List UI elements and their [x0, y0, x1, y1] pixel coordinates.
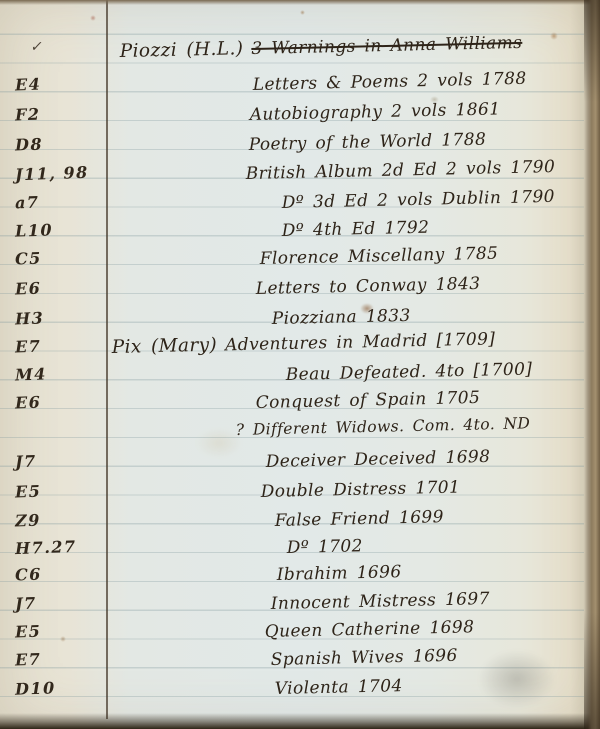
entry-title: Conquest of Spain 1705: [256, 388, 481, 413]
entry-title: Dº 1702: [287, 536, 364, 558]
shelfmark: C6: [15, 565, 43, 585]
entry-text: Letters to Conway 1843: [256, 274, 481, 299]
shelfmark: D10: [15, 678, 56, 698]
entry-text: Autobiography 2 vols 1861: [250, 99, 501, 125]
entry-title: Spanish Wives 1696: [271, 646, 458, 670]
shelfmark: E7: [15, 337, 42, 357]
entry-title: Innocent Mistress 1697: [271, 589, 491, 614]
ledger-row: D10 Violenta 1704: [0, 679, 600, 709]
entry-title: Florence Miscellany 1785: [260, 244, 499, 269]
ledger-row: a7 Dº 3d Ed 2 vols Dublin 1790: [0, 193, 600, 223]
shelfmark: E5: [15, 622, 42, 642]
entry-title: Deceiver Deceived 1698: [266, 447, 491, 472]
entry-title: Letters & Poems 2 vols 1788: [253, 69, 527, 95]
page-edge-right: [584, 0, 600, 729]
shelfmark: J7: [15, 594, 37, 614]
ledger-row: L10 Dº 4th Ed 1792: [0, 221, 600, 251]
entry-text: Queen Catherine 1698: [265, 617, 475, 642]
entry-text: Conquest of Spain 1705: [256, 388, 481, 413]
shelfmark: J7: [15, 452, 37, 472]
entry-title: Queen Catherine 1698: [265, 617, 475, 642]
entry-title: Autobiography 2 vols 1861: [250, 99, 501, 125]
shelfmark: E6: [15, 279, 42, 299]
foxing-speck: [300, 10, 305, 15]
ledger-row: J7 Deceiver Deceived 1698: [0, 452, 600, 482]
page-edge-bottom: [0, 713, 600, 729]
entry-text: Piozziana 1833: [272, 306, 411, 329]
entry-title: Ibrahim 1696: [277, 562, 402, 585]
entry-title: Piozziana 1833: [272, 306, 411, 329]
entry-text: False Friend 1699: [275, 507, 445, 531]
shelfmark: M4: [15, 364, 47, 384]
entry-title: Poetry of the World 1788: [249, 130, 487, 155]
shelfmark: E6: [15, 393, 42, 413]
entry-author: Pix (Mary): [112, 335, 218, 358]
entry-text: Double Distress 1701: [261, 477, 461, 502]
foxing-speck: [90, 15, 96, 21]
page-edge-top: [0, 0, 600, 5]
shelfmark: Z9: [15, 511, 41, 531]
entry-text: Violenta 1704: [275, 676, 403, 699]
shelfmark: C5: [15, 249, 43, 269]
entry-title: Adventures in Madrid [1709]: [225, 329, 496, 355]
shelfmark: E4: [15, 75, 42, 95]
shelfmark: a7: [15, 193, 40, 213]
ledger-row: Z9 False Friend 1699: [0, 511, 600, 541]
ledger-row: E4 Letters & Poems 2 vols 1788: [0, 75, 600, 105]
shelfmark: F2: [15, 105, 41, 125]
entry-author: Piozzi (H.L.): [120, 38, 244, 62]
shelfmark: H7.27: [15, 537, 77, 558]
shelfmark: L10: [15, 220, 54, 240]
shelfmark: D8: [15, 135, 44, 155]
ledger-row: M4 Beau Defeated. 4to [1700]: [0, 365, 600, 395]
ledger-row: F2 Autobiography 2 vols 1861: [0, 105, 600, 135]
entry-title: Letters to Conway 1843: [256, 274, 481, 299]
entry-text: Spanish Wives 1696: [271, 646, 458, 670]
shelfmark: H3: [15, 308, 45, 328]
ledger-row: ? Different Widows. Com. 4to. ND: [0, 421, 600, 451]
ledger-row: C5 Florence Miscellany 1785: [0, 249, 600, 279]
ledger-row: E7 Spanish Wives 1696: [0, 650, 600, 680]
entry-title-struck: 3 Warnings in Anna Williams: [251, 33, 522, 59]
entry-text: Letters & Poems 2 vols 1788: [253, 69, 527, 95]
foxing-speck: [550, 32, 558, 40]
ledger-row: E5 Queen Catherine 1698: [0, 622, 600, 652]
entry-text: Dº 4th Ed 1792: [282, 218, 430, 241]
shelfmark: E5: [15, 482, 42, 502]
entry-text: Dº 1702: [287, 536, 364, 558]
ledger-row: J7 Innocent Mistress 1697: [0, 594, 600, 624]
entry-text: Ibrahim 1696: [277, 562, 402, 585]
ledger-page: ✓ Piozzi (H.L.)3 Warnings in Anna Willia…: [0, 0, 600, 729]
entry-text: Beau Defeated. 4to [1700]: [286, 359, 533, 385]
ledger-row: E6 Letters to Conway 1843: [0, 279, 600, 309]
check-mark: ✓: [30, 39, 44, 55]
shelfmark: J11, 98: [15, 163, 89, 185]
entry-text: Poetry of the World 1788: [249, 130, 487, 155]
entry-title: Double Distress 1701: [261, 477, 461, 502]
ledger-row: E5 Double Distress 1701: [0, 482, 600, 512]
entry-title: False Friend 1699: [275, 507, 445, 531]
entry-title: Beau Defeated. 4to [1700]: [286, 359, 533, 385]
entry-text: Florence Miscellany 1785: [260, 244, 499, 269]
ledger-row: C6 Ibrahim 1696: [0, 565, 600, 595]
entry-text: Innocent Mistress 1697: [271, 589, 491, 614]
shelfmark: E7: [15, 650, 42, 670]
entry-title: Dº 4th Ed 1792: [282, 218, 430, 241]
ledger-row: ✓ Piozzi (H.L.)3 Warnings in Anna Willia…: [0, 41, 600, 71]
entry-text: Piozzi (H.L.)3 Warnings in Anna Williams: [120, 32, 523, 62]
entry-title: Violenta 1704: [275, 676, 403, 699]
entry-text: Deceiver Deceived 1698: [266, 447, 491, 472]
